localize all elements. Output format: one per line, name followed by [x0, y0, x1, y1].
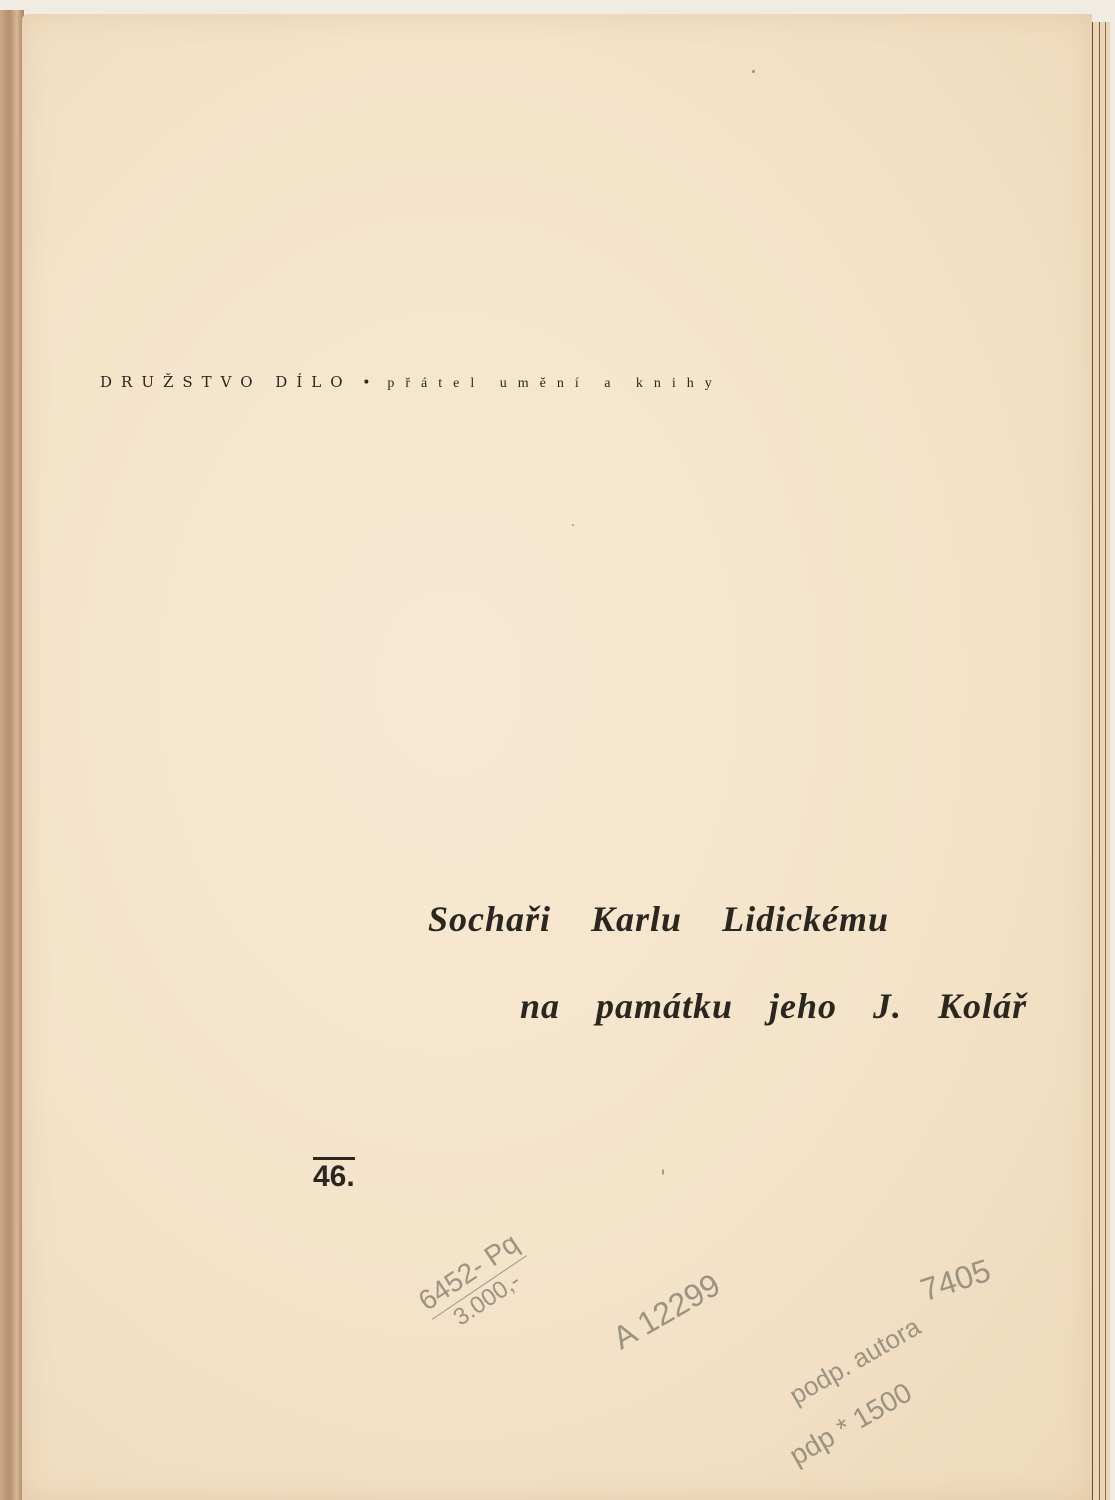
- scan-background: DRUŽSTVO DÍLO • přátel umění a knihy Soc…: [0, 0, 1115, 1500]
- inscription-line-2: na památku jeho J. Kolář: [520, 985, 1027, 1027]
- publisher-imprint: DRUŽSTVO DÍLO • přátel umění a knihy: [100, 373, 950, 392]
- book-cover-edge: [0, 10, 24, 1500]
- page-stack-edge: [1105, 22, 1110, 1500]
- inscription-line-1: Sochaři Karlu Lidickému: [428, 898, 889, 940]
- paper-speck: [662, 1169, 664, 1175]
- bullet-separator: •: [362, 375, 370, 391]
- inscription-date: 46.: [313, 1160, 355, 1194]
- page-stack-edge: [1092, 22, 1099, 1500]
- publisher-name: DRUŽSTVO DÍLO: [100, 373, 352, 391]
- publisher-subtitle: přátel umění a knihy: [387, 376, 722, 391]
- paper-speck: [572, 524, 574, 526]
- date-value: 46.: [313, 1157, 355, 1193]
- paper-speck: [752, 70, 755, 73]
